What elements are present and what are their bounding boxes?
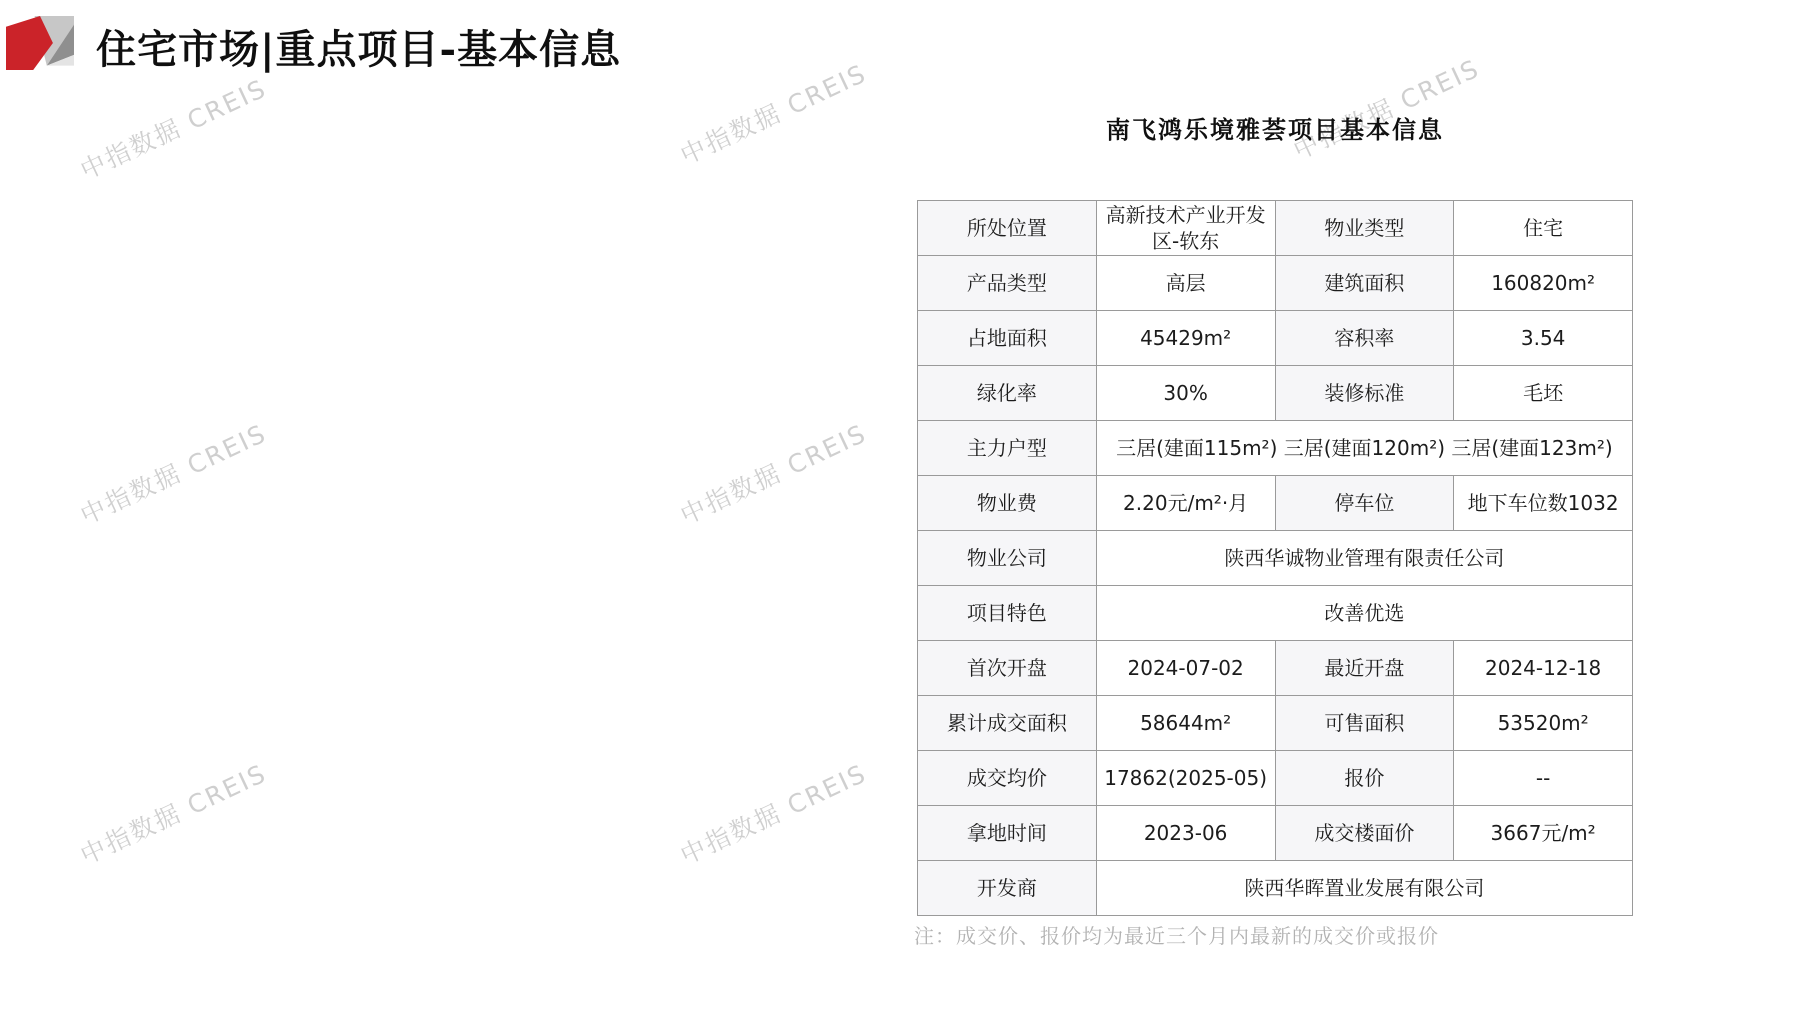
table-cell-value: 2024-07-02 — [1096, 641, 1275, 696]
table-cell-label: 物业类型 — [1275, 201, 1454, 256]
table-cell-value-merged: 改善优选 — [1096, 586, 1632, 641]
table-cell-value: 住宅 — [1454, 201, 1633, 256]
table-cell-label: 容积率 — [1275, 311, 1454, 366]
table-row: 主力户型 三居(建面115m²) 三居(建面120m²) 三居(建面123m²) — [918, 421, 1633, 476]
table-cell-label: 建筑面积 — [1275, 256, 1454, 311]
table-cell-value: 30% — [1096, 366, 1275, 421]
table-row: 拿地时间 2023-06 成交楼面价 3667元/m² — [918, 806, 1633, 861]
table-cell-value: 160820m² — [1454, 256, 1633, 311]
table-cell-label: 开发商 — [918, 861, 1097, 916]
table-title: 南飞鸿乐境雅荟项目基本信息 — [917, 110, 1633, 145]
table-cell-value: 53520m² — [1454, 696, 1633, 751]
table-cell-value: 45429m² — [1096, 311, 1275, 366]
watermark: 中指数据 CREIS — [74, 414, 272, 532]
table-cell-value: 2.20元/m²·月 — [1096, 476, 1275, 531]
table-cell-label: 产品类型 — [918, 256, 1097, 311]
table-cell-label: 最近开盘 — [1275, 641, 1454, 696]
table-cell-label: 累计成交面积 — [918, 696, 1097, 751]
table-cell-value: 地下车位数1032 — [1454, 476, 1633, 531]
page-title: 住宅市场|重点项目-基本信息 — [96, 18, 621, 75]
watermark: 中指数据 CREIS — [1287, 49, 1485, 167]
table-cell-label: 可售面积 — [1275, 696, 1454, 751]
table-cell-value-merged: 三居(建面115m²) 三居(建面120m²) 三居(建面123m²) — [1096, 421, 1632, 476]
watermark: 中指数据 CREIS — [674, 414, 872, 532]
table-row: 首次开盘 2024-07-02 最近开盘 2024-12-18 — [918, 641, 1633, 696]
table-row: 项目特色 改善优选 — [918, 586, 1633, 641]
table-row: 成交均价 17862(2025-05) 报价 -- — [918, 751, 1633, 806]
table-cell-value: 2023-06 — [1096, 806, 1275, 861]
table-cell-label: 拿地时间 — [918, 806, 1097, 861]
table-cell-label: 物业公司 — [918, 531, 1097, 586]
table-row: 绿化率 30% 装修标准 毛坯 — [918, 366, 1633, 421]
watermark: 中指数据 CREIS — [674, 754, 872, 872]
table-cell-label: 停车位 — [1275, 476, 1454, 531]
table-row: 开发商 陕西华晖置业发展有限公司 — [918, 861, 1633, 916]
table-cell-label: 成交均价 — [918, 751, 1097, 806]
table-row: 所处位置 高新技术产业开发区-软东 物业类型 住宅 — [918, 201, 1633, 256]
table-cell-label: 装修标准 — [1275, 366, 1454, 421]
table-row: 累计成交面积 58644m² 可售面积 53520m² — [918, 696, 1633, 751]
table-cell-label: 所处位置 — [918, 201, 1097, 256]
table-cell-value-merged: 陕西华晖置业发展有限公司 — [1096, 861, 1632, 916]
table-row: 物业费 2.20元/m²·月 停车位 地下车位数1032 — [918, 476, 1633, 531]
table-cell-value: 高新技术产业开发区-软东 — [1096, 201, 1275, 256]
table-cell-label: 项目特色 — [918, 586, 1097, 641]
table-cell-value-merged: 陕西华诚物业管理有限责任公司 — [1096, 531, 1632, 586]
table-row: 物业公司 陕西华诚物业管理有限责任公司 — [918, 531, 1633, 586]
table-row: 占地面积 45429m² 容积率 3.54 — [918, 311, 1633, 366]
table-cell-value: 高层 — [1096, 256, 1275, 311]
project-info-table: 所处位置 高新技术产业开发区-软东 物业类型 住宅 产品类型 高层 建筑面积 1… — [917, 200, 1633, 916]
table-cell-value: 毛坯 — [1454, 366, 1633, 421]
table-cell-value: 17862(2025-05) — [1096, 751, 1275, 806]
table-cell-value: 3667元/m² — [1454, 806, 1633, 861]
watermark: 中指数据 CREIS — [674, 54, 872, 172]
table-cell-value: -- — [1454, 751, 1633, 806]
table-cell-label: 报价 — [1275, 751, 1454, 806]
table-cell-label: 绿化率 — [918, 366, 1097, 421]
watermark: 中指数据 CREIS — [74, 69, 272, 187]
table-cell-label: 占地面积 — [918, 311, 1097, 366]
table-cell-value: 2024-12-18 — [1454, 641, 1633, 696]
table-footnote: 注：成交价、报价均为最近三个月内最新的成交价或报价 — [914, 920, 1439, 949]
brand-logo-icon — [6, 16, 74, 70]
table-cell-value: 3.54 — [1454, 311, 1633, 366]
watermark: 中指数据 CREIS — [74, 754, 272, 872]
table-cell-label: 成交楼面价 — [1275, 806, 1454, 861]
table-cell-label: 首次开盘 — [918, 641, 1097, 696]
table-row: 产品类型 高层 建筑面积 160820m² — [918, 256, 1633, 311]
table-cell-value: 58644m² — [1096, 696, 1275, 751]
table-cell-label: 物业费 — [918, 476, 1097, 531]
table-cell-label: 主力户型 — [918, 421, 1097, 476]
